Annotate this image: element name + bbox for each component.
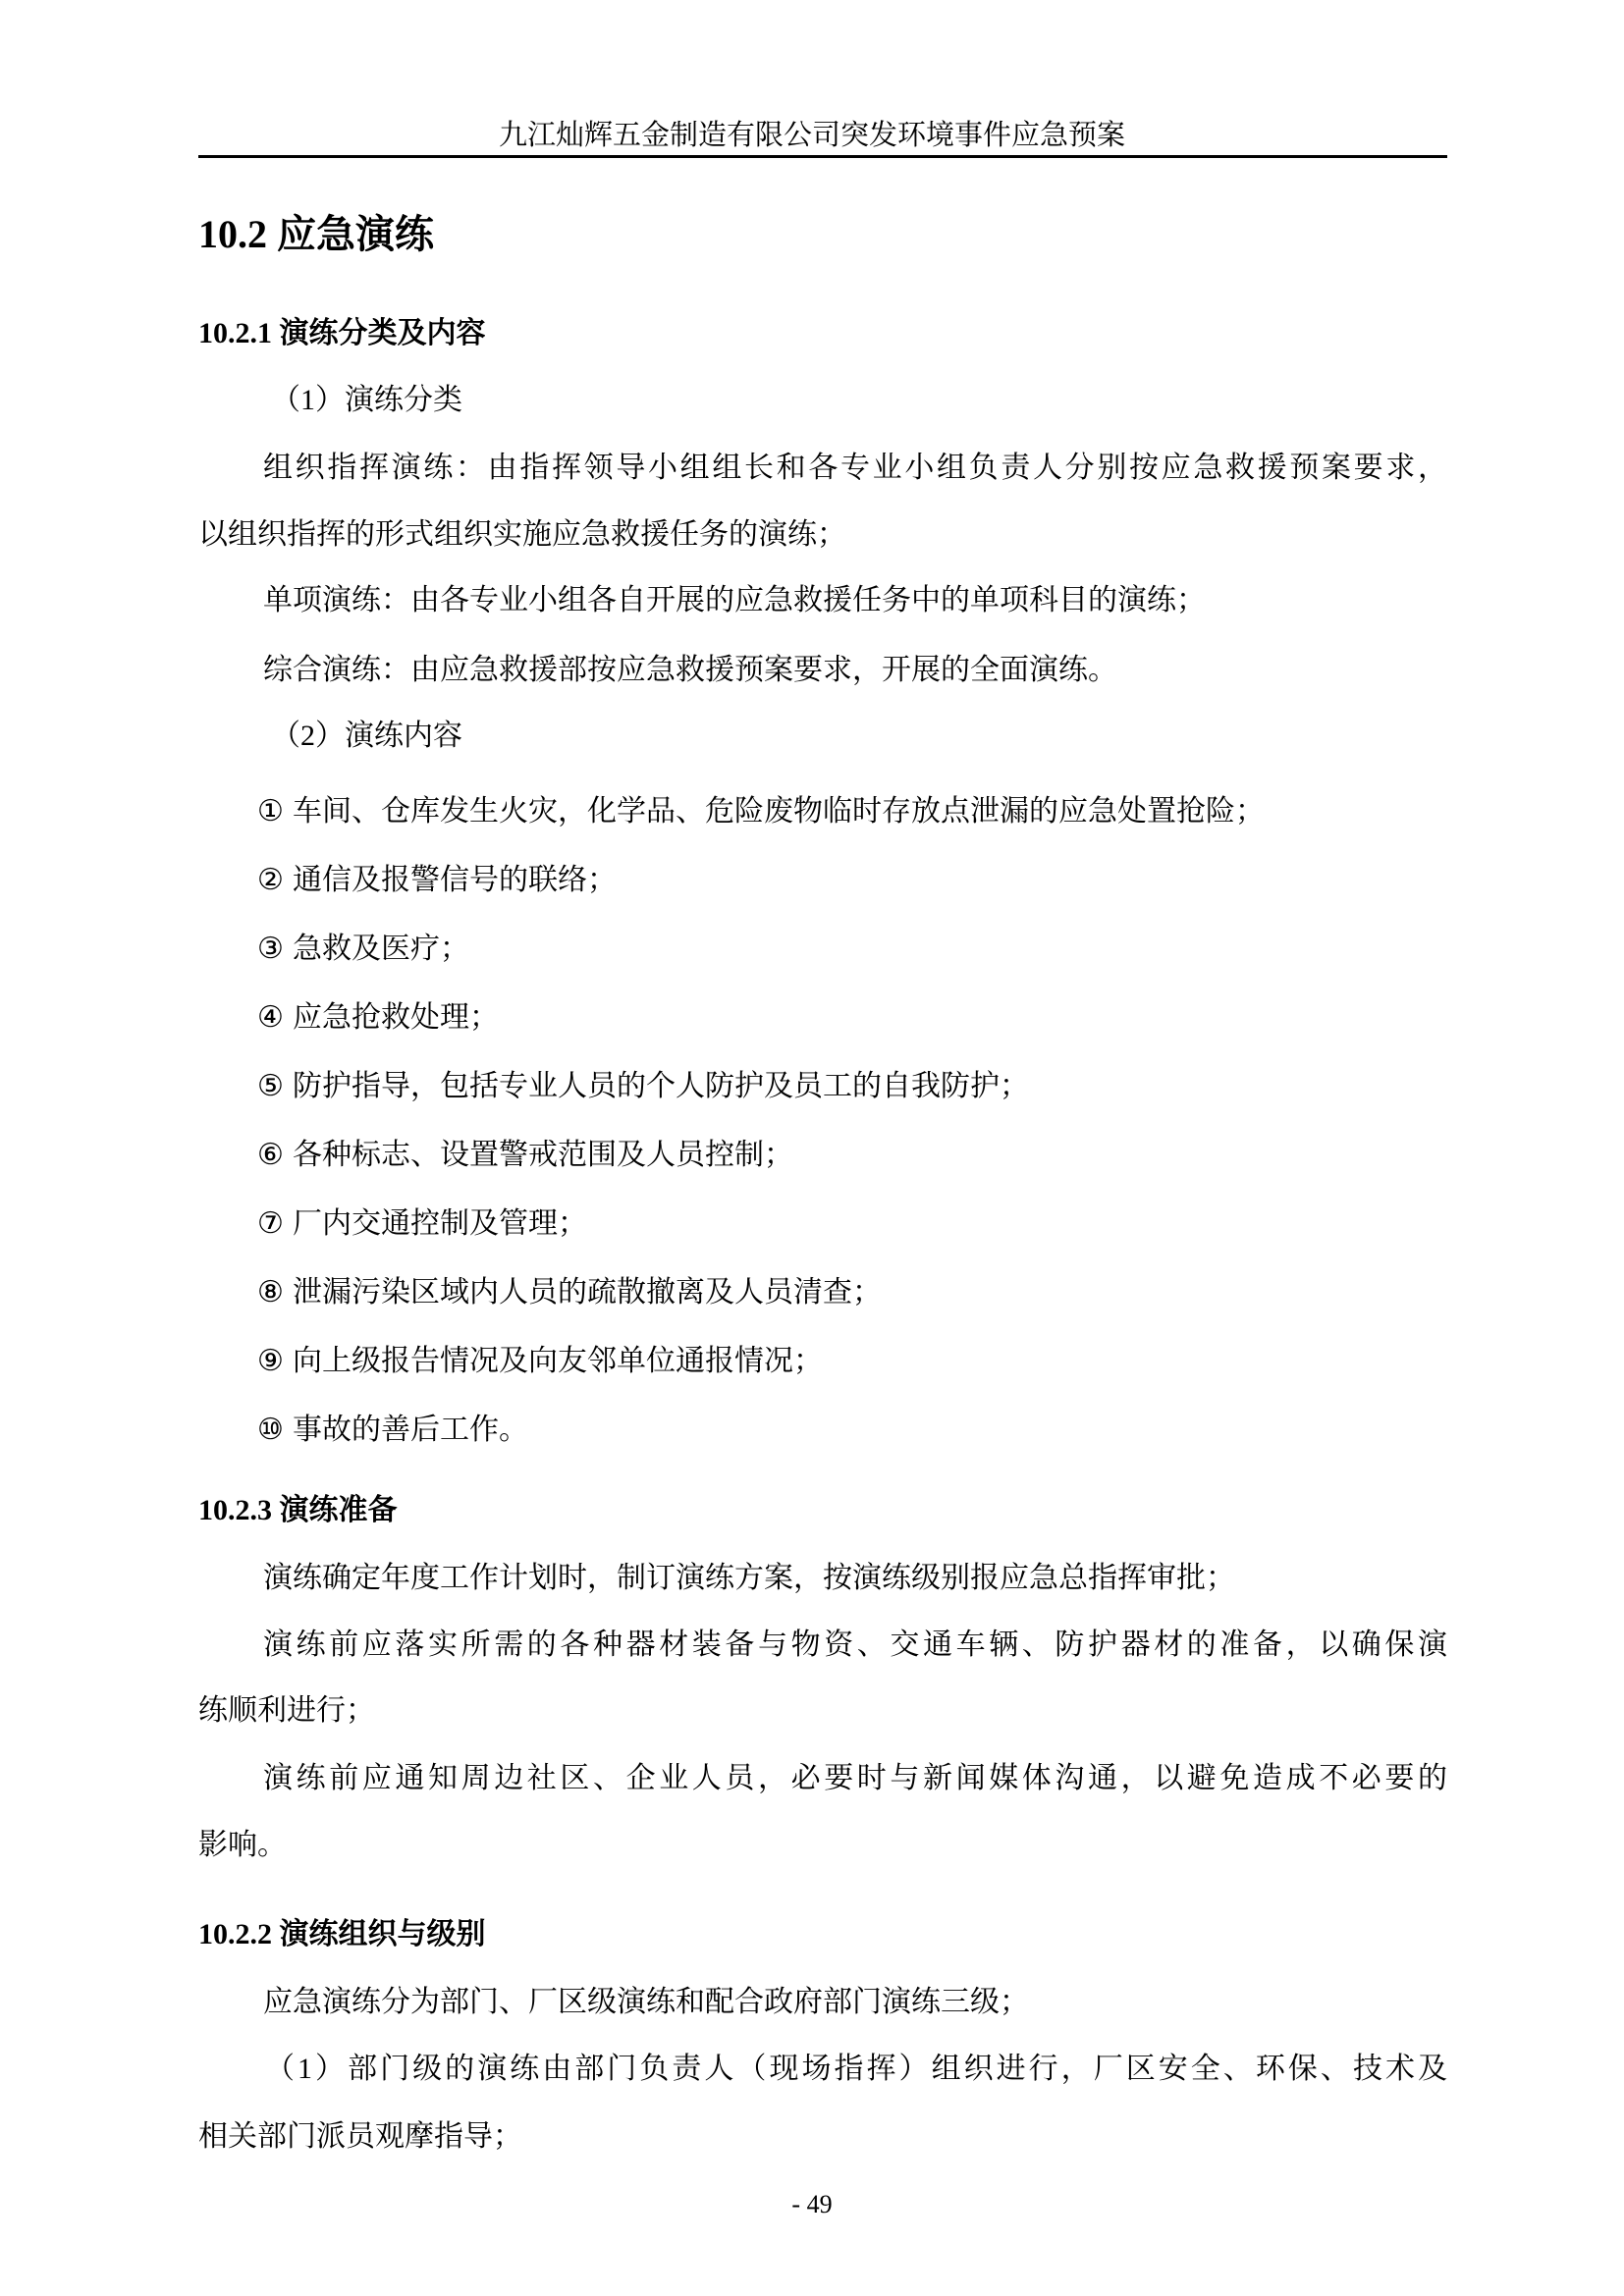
header-divider (198, 155, 1447, 158)
list-item-text: 通信及报警信号的联络； (293, 864, 617, 896)
list-item-text: 车间、仓库发生火灾，化学品、危险废物临时存放点泄漏的应急处置抢险； (293, 795, 1265, 828)
list-item: ⑨向上级报告情况及向友邻单位通报情况； (257, 1342, 823, 1381)
list-item: ⑥各种标志、设置警戒范围及人员控制； (257, 1136, 793, 1175)
subsection-title-10-2-1: 10.2.1 演练分类及内容 (198, 314, 486, 353)
list-item: ①车间、仓库发生火灾，化学品、危险废物临时存放点泄漏的应急处置抢险； (257, 792, 1265, 831)
subsection-title-10-2-2: 10.2.2 演练组织与级别 (198, 1915, 486, 1954)
sub-heading-content: （2）演练内容 (271, 717, 462, 756)
list-item-text: 应急抢救处理； (293, 1001, 499, 1034)
document-header-title: 九江灿辉五金制造有限公司突发环境事件应急预案 (0, 116, 1624, 155)
circled-number: ① (257, 792, 293, 831)
circled-number: ⑤ (257, 1067, 293, 1106)
paragraph-line: 演练前应落实所需的各种器材装备与物资、交通车辆、防护器材的准备，以确保演 (263, 1626, 1447, 1665)
list-item: ⑧泄漏污染区域内人员的疏散撤离及人员清查； (257, 1273, 882, 1312)
list-item: ⑩事故的善后工作。 (257, 1411, 528, 1450)
list-item-text: 防护指导，包括专业人员的个人防护及员工的自我防护； (293, 1070, 1029, 1102)
list-item-text: 急救及医疗； (293, 933, 469, 965)
circled-number: ⑥ (257, 1136, 293, 1175)
circled-number: ⑦ (257, 1204, 293, 1244)
list-item-text: 事故的善后工作。 (293, 1414, 528, 1446)
circled-number: ② (257, 861, 293, 900)
list-item: ④应急抢救处理； (257, 998, 499, 1038)
paragraph-command-drill-cont: 以组织指挥的形式组织实施应急救援任务的演练； (198, 515, 846, 555)
paragraph-single-drill: 单项演练：由各专业小组各自开展的应急救援任务中的单项科目的演练； (263, 581, 1206, 620)
circled-number: ⑧ (257, 1273, 293, 1312)
paragraph-line: 影响。 (198, 1826, 287, 1865)
section-title: 10.2 应急演练 (198, 210, 434, 259)
paragraph-line: 演练确定年度工作计划时，制订演练方案，按演练级别报应急总指挥审批； (263, 1559, 1235, 1598)
paragraph-line: 练顺利进行； (198, 1691, 375, 1731)
paragraph-comprehensive-drill: 综合演练：由应急救援部按应急救援预案要求，开展的全面演练。 (263, 651, 1117, 690)
list-item: ②通信及报警信号的联络； (257, 861, 617, 900)
circled-number: ⑨ (257, 1342, 293, 1381)
paragraph-line: 相关部门派员观摩指导； (198, 2117, 522, 2157)
list-item-text: 各种标志、设置警戒范围及人员控制； (293, 1139, 793, 1171)
list-item-text: 泄漏污染区域内人员的疏散撤离及人员清查； (293, 1276, 882, 1308)
circled-number: ③ (257, 930, 293, 969)
list-item: ⑤防护指导，包括专业人员的个人防护及员工的自我防护； (257, 1067, 1029, 1106)
list-item: ⑦厂内交通控制及管理； (257, 1204, 587, 1244)
page-number: - 49 (0, 2187, 1624, 2222)
circled-number: ④ (257, 998, 293, 1038)
paragraph-line: （1）部门级的演练由部门负责人（现场指挥）组织进行，厂区安全、环保、技术及 (265, 2050, 1447, 2089)
list-item-text: 向上级报告情况及向友邻单位通报情况； (293, 1345, 823, 1377)
paragraph-command-drill: 组织指挥演练：由指挥领导小组组长和各专业小组负责人分别按应急救援预案要求， (263, 449, 1447, 488)
list-item-text: 厂内交通控制及管理； (293, 1207, 587, 1240)
paragraph-line: 应急演练分为部门、厂区级演练和配合政府部门演练三级； (263, 1983, 1029, 2022)
circled-number: ⑩ (257, 1411, 293, 1450)
subsection-title-10-2-3: 10.2.3 演练准备 (198, 1491, 398, 1530)
paragraph-line: 演练前应通知周边社区、企业人员，必要时与新闻媒体沟通，以避免造成不必要的 (263, 1759, 1447, 1798)
list-item: ③急救及医疗； (257, 930, 469, 969)
sub-heading-classification: （1）演练分类 (271, 381, 462, 420)
